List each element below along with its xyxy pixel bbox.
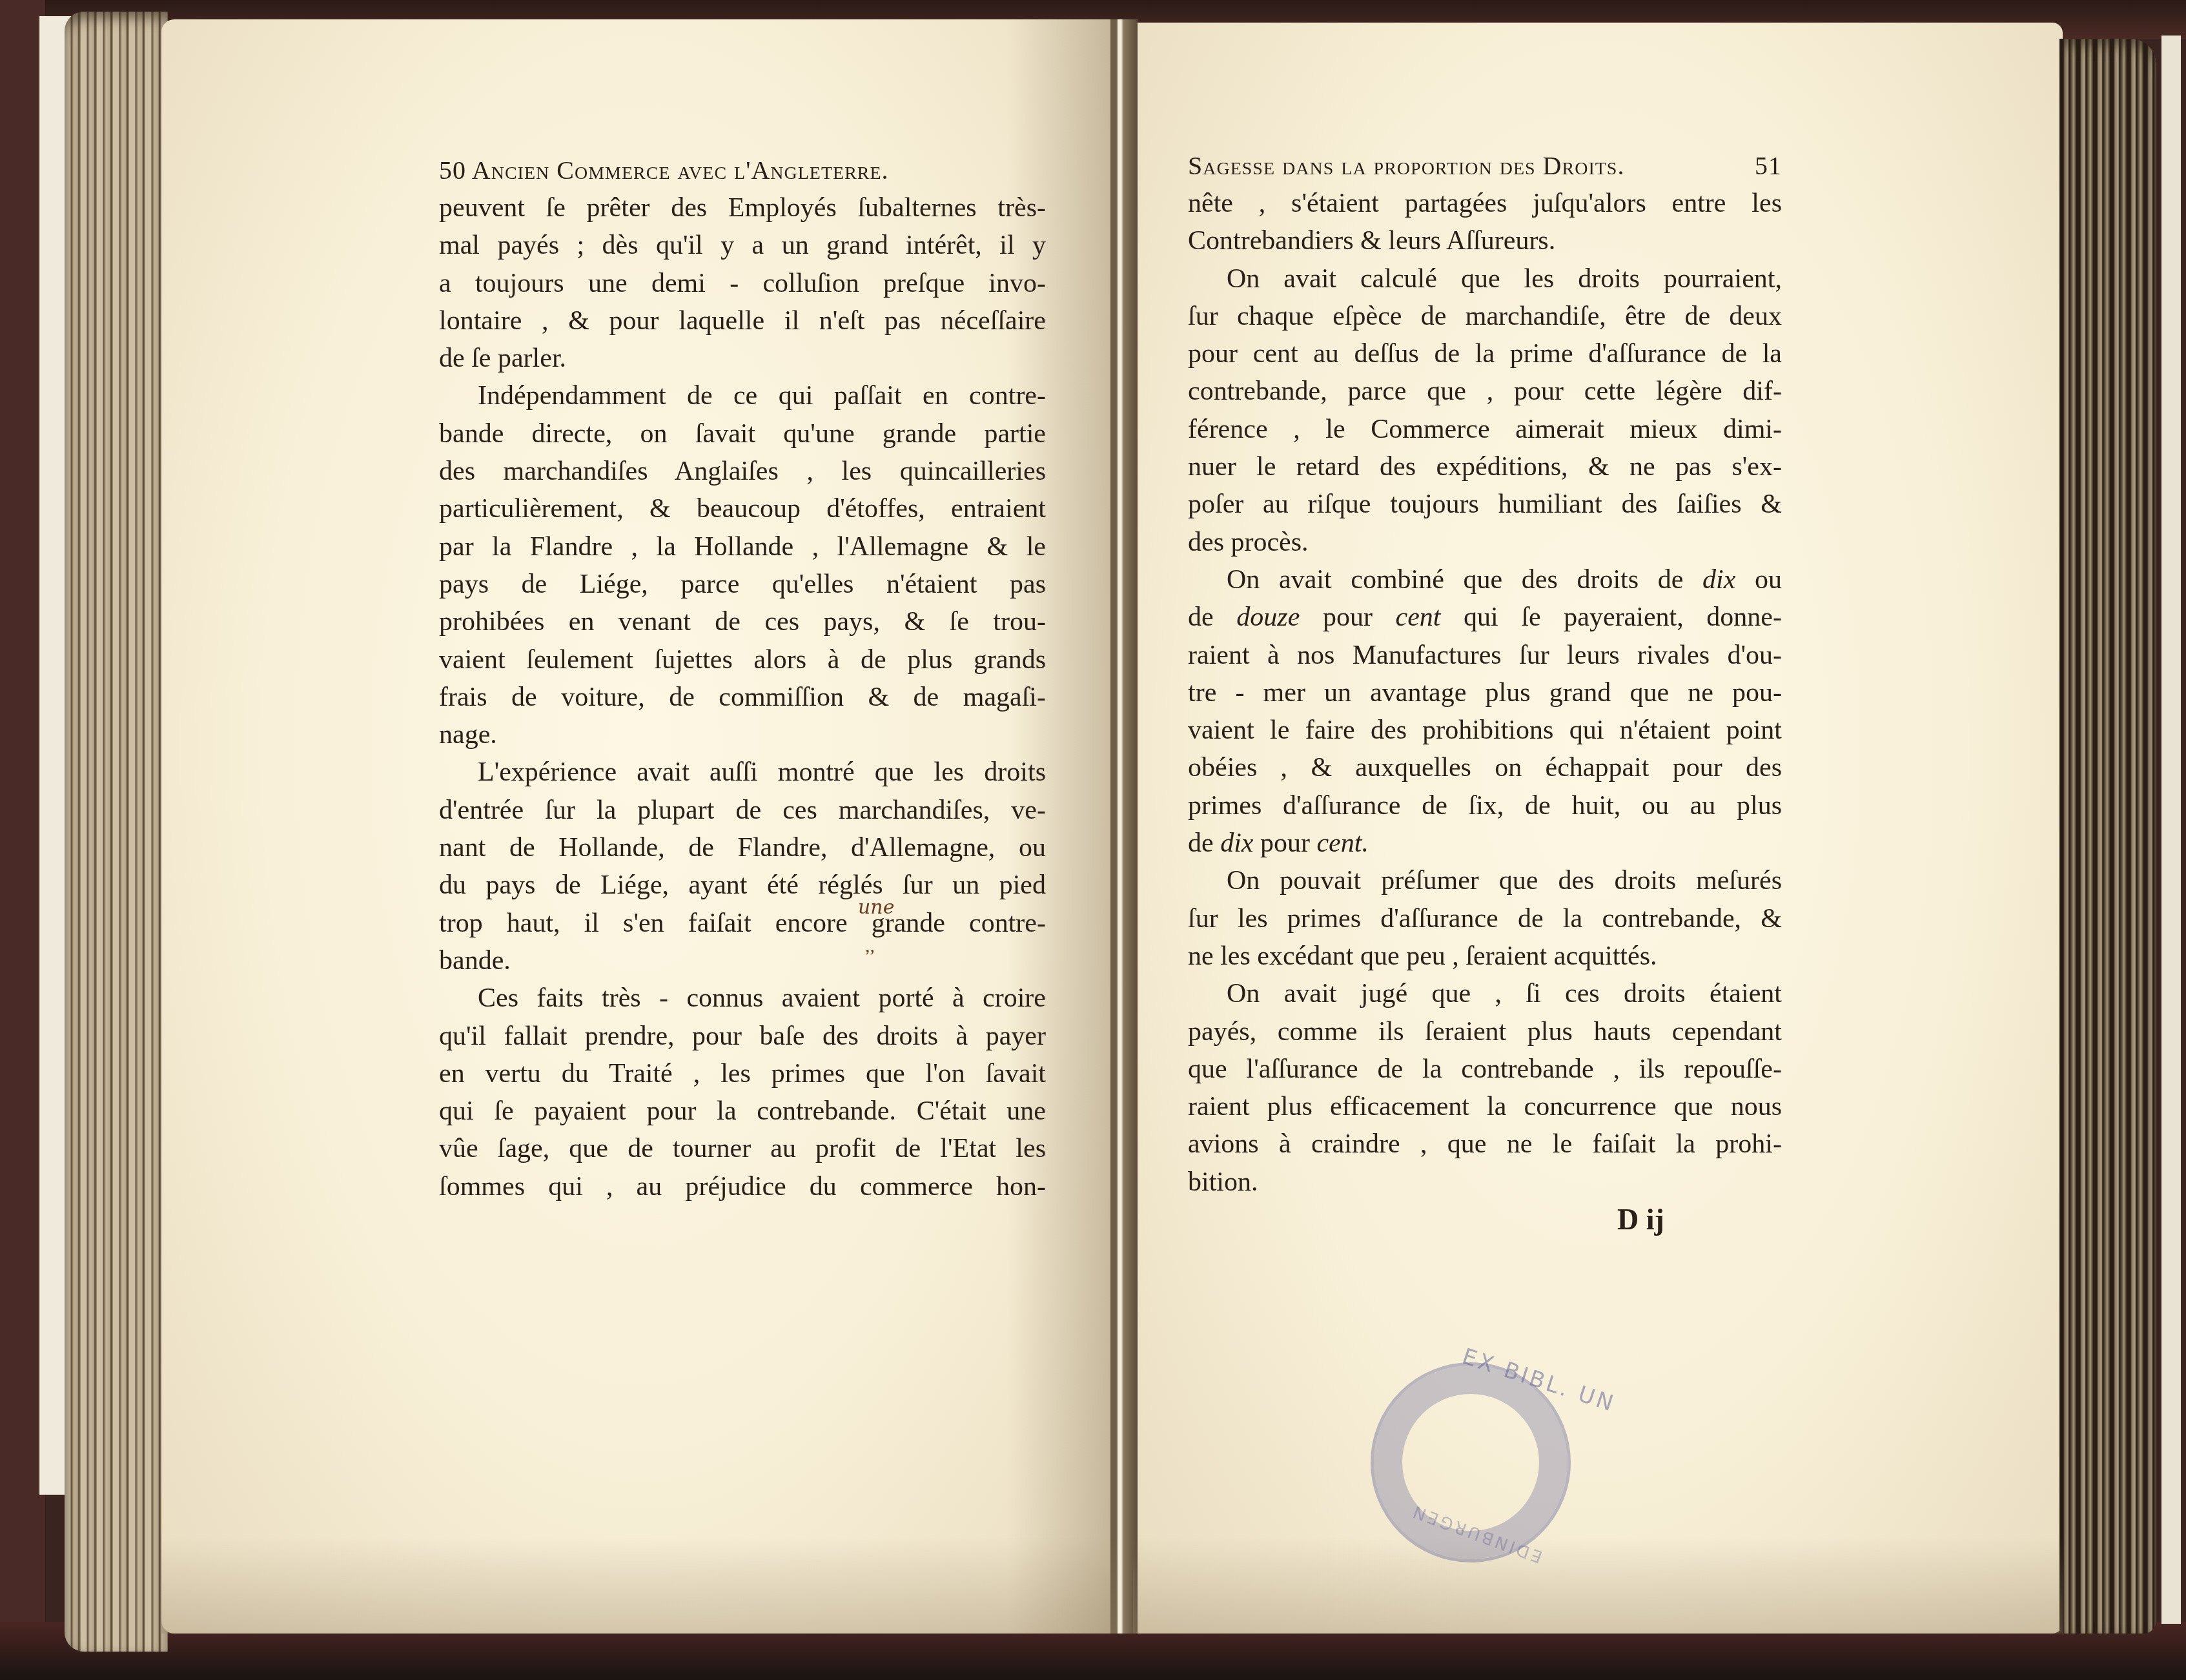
text-line: de douze pour cent qui ſe payeraient, do… xyxy=(1188,599,1782,636)
text-line: de ſe parler. xyxy=(439,340,1046,377)
text-line: bition. xyxy=(1188,1163,1782,1201)
running-head-left: 50 Ancien Commerce avec l'Angleterre. xyxy=(439,152,1046,189)
page-edges-left xyxy=(65,12,168,1652)
mount-board-right xyxy=(2161,36,2181,1624)
text-line: vûe ſage, que de tourner au profit de l'… xyxy=(439,1130,1046,1167)
text-line: payés, comme ils ſeraient plus hauts cep… xyxy=(1188,1013,1782,1050)
text-line: vaient ſeulement ſujettes alors à de plu… xyxy=(439,641,1046,679)
text-line: ne les excédant que peu , ſeraient acqui… xyxy=(1188,937,1782,975)
body-text: peuvent ſe prêter des Employés ſubaltern… xyxy=(439,189,1046,1205)
text-line: trop haut, il s'en faiſait encore grande… xyxy=(439,905,1046,942)
text-line: particulièrement, & beaucoup d'étoffes, … xyxy=(439,490,1046,528)
text-line: nant de Hollande, de Flandre, d'Allemagn… xyxy=(439,829,1046,866)
handwritten-annotation: une xyxy=(858,896,894,919)
text-line: On avait combiné que des droits de dix o… xyxy=(1188,561,1782,599)
text-line: des procès. xyxy=(1188,524,1782,561)
running-head-title: Ancien Commerce avec l'Angleterre. xyxy=(472,156,889,185)
text-line: On pouvait préſumer que des droits meſur… xyxy=(1188,862,1782,899)
text-line: ſur les primes d'aſſurance de la contreb… xyxy=(1188,900,1782,937)
text-line: du pays de Liége, ayant été réglés ſur u… xyxy=(439,866,1046,904)
left-page-text: 50 Ancien Commerce avec l'Angleterre. pe… xyxy=(439,152,1046,1205)
text-line: qui ſe payaient pour la contrebande. C'é… xyxy=(439,1092,1046,1130)
insertion-mark-icon: ,, xyxy=(865,935,875,957)
text-line: ſommes qui , au préjudice du commerce ho… xyxy=(439,1168,1046,1205)
text-line: peuvent ſe prêter des Employés ſubaltern… xyxy=(439,189,1046,227)
signature-mark: D ij xyxy=(1617,1202,1664,1236)
page-number: 51 xyxy=(1755,147,1782,185)
running-head-right: Sagesse dans la proportion des Droits. 5… xyxy=(1188,147,1782,185)
text-line: poſer au riſque toujours humiliant des ſ… xyxy=(1188,486,1782,523)
text-line: d'entrée ſur la plupart de ces marchandi… xyxy=(439,792,1046,829)
text-line: vaient le faire des prohibitions qui n'é… xyxy=(1188,712,1782,749)
text-line: frais de voiture, de commiſſion & de mag… xyxy=(439,679,1046,716)
text-line: contrebande, parce que , pour cette légè… xyxy=(1188,373,1782,410)
text-line: obéies , & auxquelles on échappait pour … xyxy=(1188,749,1782,786)
text-line: de dix pour cent. xyxy=(1188,825,1782,862)
text-line: prohibées en venant de ces pays, & ſe tr… xyxy=(439,603,1046,640)
text-line: nête , s'étaient partagées juſqu'alors e… xyxy=(1188,185,1782,222)
text-line: tre - mer un avantage plus grand que ne … xyxy=(1188,674,1782,712)
text-line: lontaire , & pour laquelle il n'eſt pas … xyxy=(439,302,1046,340)
text-line: Contrebandiers & leurs Aſſureurs. xyxy=(1188,222,1782,260)
text-line: en vertu du Traité , les primes que l'on… xyxy=(439,1055,1046,1092)
page-edges-right xyxy=(2059,39,2156,1634)
text-line: nuer le retard des expéditions, & ne pas… xyxy=(1188,448,1782,486)
text-line: bande. xyxy=(439,942,1046,979)
text-line: On avait jugé que , ſi ces droits étaien… xyxy=(1188,975,1782,1012)
text-line: bande directe, on ſavait qu'une grande p… xyxy=(439,415,1046,453)
right-page-text: Sagesse dans la proportion des Droits. 5… xyxy=(1188,147,1782,1201)
text-line: On avait calculé que les droits pourraie… xyxy=(1188,260,1782,298)
text-line: par la Flandre , la Hollande , l'Allemag… xyxy=(439,528,1046,566)
page-shadow-left xyxy=(161,1537,1117,1634)
text-line: férence , le Commerce aimerait mieux dim… xyxy=(1188,411,1782,448)
text-line: primes d'aſſurance de ſix, de huit, ou a… xyxy=(1188,787,1782,825)
page-shadow-right xyxy=(1133,1537,2063,1634)
text-line: Ces faits très - connus avaient porté à … xyxy=(439,979,1046,1017)
text-line: raient plus efficacement la concurrence … xyxy=(1188,1088,1782,1125)
page-number: 50 xyxy=(439,156,466,185)
text-line: Indépendamment de ce qui paſſait en cont… xyxy=(439,377,1046,415)
running-head-title: Sagesse dans la proportion des Droits. xyxy=(1188,147,1624,185)
text-line: raient à nos Manufactures ſur leurs riva… xyxy=(1188,637,1782,674)
body-text: nête , s'étaient partagées juſqu'alors e… xyxy=(1188,185,1782,1201)
gutter xyxy=(1110,19,1138,1634)
text-line: que l'aſſurance de la contrebande , ils … xyxy=(1188,1050,1782,1088)
text-line: des marchandiſes Anglaiſes , les quincai… xyxy=(439,453,1046,490)
text-line: ſur chaque eſpèce de marchandiſe, être d… xyxy=(1188,298,1782,335)
text-line: mal payés ; dès qu'il y a un grand intér… xyxy=(439,227,1046,264)
text-line: avions à craindre , que ne le faiſait la… xyxy=(1188,1125,1782,1163)
text-line: qu'il fallait prendre, pour baſe des dro… xyxy=(439,1018,1046,1055)
text-line: pour cent au deſſus de la prime d'aſſura… xyxy=(1188,335,1782,373)
text-line: a toujours une demi - colluſion preſque … xyxy=(439,265,1046,302)
text-line: L'expérience avait auſſi montré que les … xyxy=(439,753,1046,791)
text-line: pays de Liége, parce qu'elles n'étaient … xyxy=(439,566,1046,603)
text-line: nage. xyxy=(439,716,1046,753)
